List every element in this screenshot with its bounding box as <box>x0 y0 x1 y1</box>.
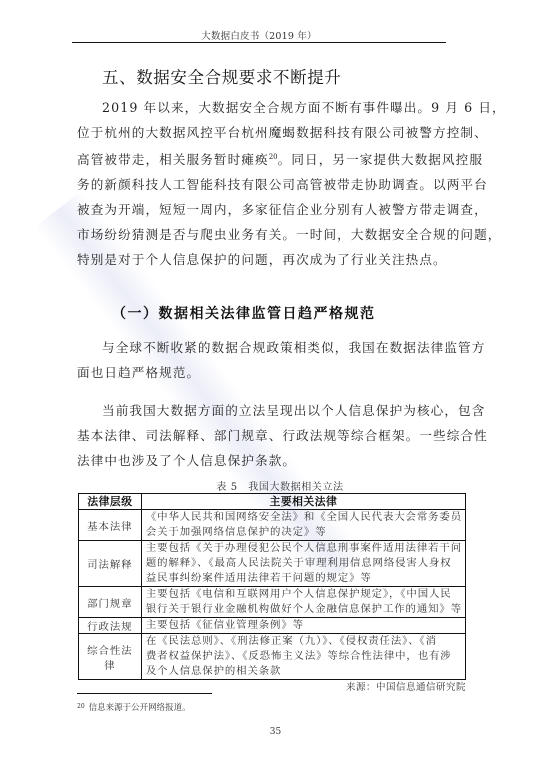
paragraph-line: 高管被带走，相关服务暂时瘫痪20。同日，另一家提供大数据风控服 <box>77 145 477 172</box>
footnote-text: 信息来源于公开网络报道。 <box>89 703 191 713</box>
table-row: 部门规章 主要包括《电信和互联网用户个人信息保护规定》，《中国人民 银行关于银行… <box>79 587 466 618</box>
subsection-title: （一）数据相关法律监管日趋严格规范 <box>112 303 376 323</box>
cell-line: 会关于加强网络信息保护的决定》等 <box>146 525 462 540</box>
column-header-level: 法律层级 <box>79 494 142 510</box>
law-list: 《中华人民共和国网络安全法》和《全国人民代表大会常务委员 会关于加强网络信息保护… <box>141 510 465 541</box>
table-source: 来源：中国信息通信研究院 <box>280 679 466 693</box>
paragraph-legislation: 当前我国大数据方面的立法呈现出以个人信息保护为核心，包含 基本法律、司法解释、部… <box>77 398 477 473</box>
table-row: 基本法律 《中华人民共和国网络安全法》和《全国人民代表大会常务委员 会关于加强网… <box>79 510 466 541</box>
cell-line: 在《民法总则》、《刑法修正案（九）》、《侵权责任法》、《消 <box>146 634 462 649</box>
law-level: 基本法律 <box>79 510 142 541</box>
table-caption: 表 5 我国大数据相关立法 <box>60 478 500 493</box>
cell-line: 费者权益保护法》、《反恐怖主义法》等综合性法律中，也有涉 <box>146 649 462 664</box>
cell-line: 主要包括《电信和互联网用户个人信息保护规定》，《中国人民 <box>146 587 462 602</box>
footnote: 20信息来源于公开网络报道。 <box>77 701 191 713</box>
law-level: 部门规章 <box>79 587 142 618</box>
paragraph-line: 市场纷纷猜测是否与爬虫业务有关。一时间，大数据安全合规的问题， <box>77 222 477 247</box>
table-header-row: 法律层级 主要相关法律 <box>79 494 466 510</box>
law-level: 行政法规 <box>79 618 142 634</box>
law-list: 主要包括《征信业管理条例》等 <box>141 618 465 634</box>
paragraph-line: 特别是对于个人信息保护的问题，再次成为了行业关注热点。 <box>77 247 477 272</box>
paragraph-line: 位于杭州的大数据风控平台杭州魔蝎数据科技有限公司被警方控制、 <box>77 120 477 145</box>
page-number: 35 <box>0 727 551 737</box>
header-divider <box>72 42 446 43</box>
law-level: 综合性法律 <box>79 634 142 680</box>
cell-line: 主要包括《关于办理侵犯公民个人信息刑事案件适用法律若干问 <box>146 541 462 556</box>
paragraph-line: 当前我国大数据方面的立法呈现出以个人信息保护为核心，包含 <box>77 398 477 423</box>
paragraph-line: 基本法律、司法解释、部门规章、行政法规等综合框架。一些综合性 <box>77 423 477 448</box>
cell-line: 益民事纠纷案件适用法律若干问题的规定》等 <box>146 571 462 586</box>
paragraph-regulation: 与全球不断收紧的数据合规政策相类似，我国在数据法律监管方 面也日趋严格规范。 <box>77 335 477 385</box>
legislation-table: 法律层级 主要相关法律 基本法律 《中华人民共和国网络安全法》和《全国人民代表大… <box>78 493 466 680</box>
paragraph-line: 与全球不断收紧的数据合规政策相类似，我国在数据法律监管方 <box>77 335 477 360</box>
cell-line: 主要包括《征信业管理条例》等 <box>146 618 462 633</box>
table-row: 司法解释 主要包括《关于办理侵犯公民个人信息刑事案件适用法律若干问 题的解释》、… <box>79 541 466 587</box>
law-level: 司法解释 <box>79 541 142 587</box>
footnote-number: 20 <box>77 703 85 710</box>
law-list: 主要包括《电信和互联网用户个人信息保护规定》，《中国人民 银行关于银行业金融机构… <box>141 587 465 618</box>
table-row: 行政法规 主要包括《征信业管理条例》等 <box>79 618 466 634</box>
paragraph-line: 法律中也涉及了个人信息保护条款。 <box>77 448 477 473</box>
paragraph-text: 。同日，另一家提供大数据风控服 <box>278 152 483 167</box>
document-page: 大数据白皮书（2019 年） 五、数据安全合规要求不断提升 2019 年以来，大… <box>0 0 551 773</box>
column-header-laws: 主要相关法律 <box>141 494 465 510</box>
running-header: 大数据白皮书（2019 年） <box>72 28 446 42</box>
law-list: 主要包括《关于办理侵犯公民个人信息刑事案件适用法律若干问 题的解释》、《最高人民… <box>141 541 465 587</box>
law-list: 在《民法总则》、《刑法修正案（九）》、《侵权责任法》、《消 费者权益保护法》、《… <box>141 634 465 680</box>
paragraph-line: 被查为开端，短短一周内，多家征信企业分别有人被警方带走调查， <box>77 197 477 222</box>
paragraph-incidents: 2019 年以来，大数据安全合规方面不断有事件曝出。9 月 6 日， 位于杭州的… <box>77 95 477 272</box>
paragraph-line: 面也日趋严格规范。 <box>77 360 477 385</box>
paragraph-line: 2019 年以来，大数据安全合规方面不断有事件曝出。9 月 6 日， <box>77 95 477 120</box>
footnote-divider <box>77 693 212 694</box>
cell-line: 题的解释》、《最高人民法院关于审理利用信息网络侵害人身权 <box>146 556 462 571</box>
cell-line: 及个人信息保护的相关条款 <box>146 664 462 679</box>
section-title: 五、数据安全合规要求不断提升 <box>102 64 341 88</box>
cell-line: 银行关于银行业金融机构做好个人金融信息保护工作的通知》等 <box>146 602 462 617</box>
paragraph-line: 务的新颜科技人工智能科技有限公司高管被带走协助调查。以两平台 <box>77 172 477 197</box>
paragraph-text: 高管被带走，相关服务暂时瘫痪 <box>77 152 269 167</box>
footnote-ref[interactable]: 20 <box>269 153 278 161</box>
table-row: 综合性法律 在《民法总则》、《刑法修正案（九）》、《侵权责任法》、《消 费者权益… <box>79 634 466 680</box>
cell-line: 《中华人民共和国网络安全法》和《全国人民代表大会常务委员 <box>146 510 462 525</box>
